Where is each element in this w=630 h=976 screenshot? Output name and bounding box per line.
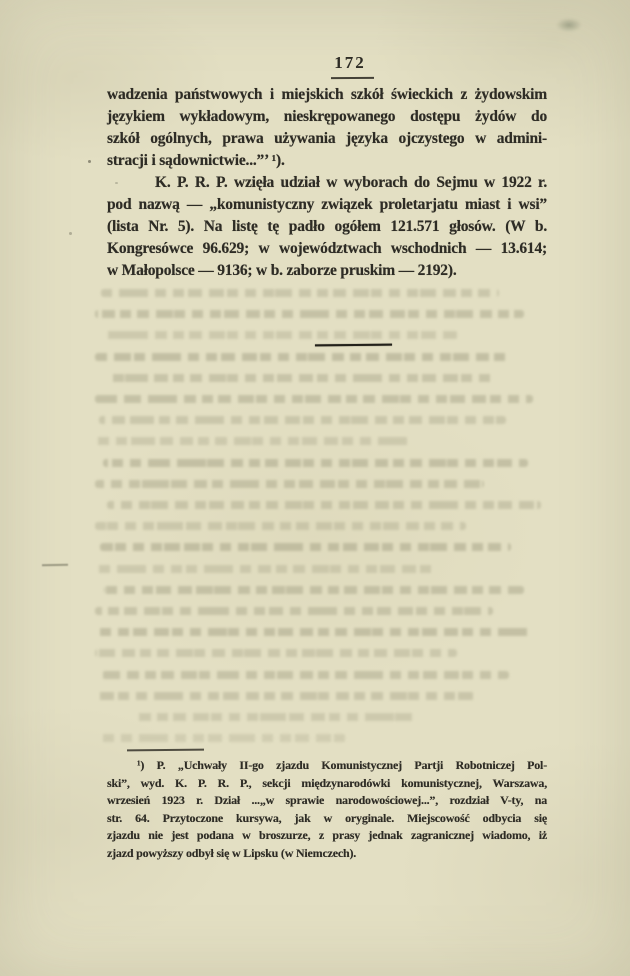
bleed-through-line xyxy=(109,374,493,382)
bleed-through-line xyxy=(95,692,475,700)
bleed-through-line xyxy=(95,310,524,318)
text-line: zjazd powyższy odbył się w Lipsku (w Nie… xyxy=(107,845,547,863)
bleed-through-line xyxy=(103,459,528,467)
page-number-underline xyxy=(331,77,374,79)
body-paragraph-2: K. P. R. P. wzięła udział w wyborach do … xyxy=(107,172,547,282)
text-line: stracji i sądownictwie...”’ ¹). xyxy=(107,150,547,172)
bleed-through-line xyxy=(135,713,415,721)
body-text: wadzenia państwowych i miejskich szkół ś… xyxy=(107,84,547,282)
section-divider-rule xyxy=(315,344,392,347)
text-line: Kongresówce 96.629; w województwach wsch… xyxy=(107,238,547,260)
footnote: ¹) P. „Uchwały II-go zjazdu Komunistyczn… xyxy=(107,757,547,862)
text-line: ski”, wyd. K. P. R. P., sekcji międzynar… xyxy=(107,775,547,793)
ink-speck xyxy=(88,160,91,163)
bleed-through-line xyxy=(95,353,511,361)
bleed-through-line xyxy=(107,501,541,509)
text-line: zjazdu nie jest podana w broszurze, z pr… xyxy=(107,827,547,845)
bleed-through-line xyxy=(104,586,524,594)
text-line: wrzesień 1923 r. Dział ...„w sprawie nar… xyxy=(107,792,547,810)
text-line: wadzenia państwowych i miejskich szkół ś… xyxy=(107,84,547,106)
pencil-mark xyxy=(42,564,68,566)
bleed-through-line xyxy=(101,289,499,297)
page-number: 172 xyxy=(322,53,378,73)
bleed-through-line xyxy=(102,671,509,679)
scanned-book-page: 172 wadzenia państwowych i miejskich szk… xyxy=(0,0,630,976)
bleed-through-line xyxy=(95,395,533,403)
text-line: w Małopolsce — 9136; w b. zaborze pruski… xyxy=(107,260,547,282)
bleed-through-text xyxy=(95,289,547,755)
bleed-through-line xyxy=(95,480,484,488)
text-line: językiem wykładowym, nieskrępowanego dos… xyxy=(107,106,547,128)
body-paragraph-1: wadzenia państwowych i miejskich szkół ś… xyxy=(107,84,547,172)
bleed-through-line xyxy=(95,607,493,615)
bleed-through-line xyxy=(95,522,466,530)
bleed-through-line xyxy=(100,543,511,551)
text-line: K. P. R. P. wzięła udział w wyborach do … xyxy=(107,172,547,194)
text-line: szkół ogólnych, prawa używania języka oj… xyxy=(107,128,547,150)
corner-smudge xyxy=(556,18,582,32)
bleed-through-line xyxy=(99,416,506,424)
text-line: ¹) P. „Uchwały II-go zjazdu Komunistyczn… xyxy=(107,757,547,775)
ink-speck xyxy=(69,232,72,235)
text-line: pod nazwą — „komunistyczny związek prole… xyxy=(107,194,547,216)
text-line: (lista Nr. 5). Na listę tę padło ogółem … xyxy=(107,216,547,238)
bleed-through-line xyxy=(98,628,532,636)
bleed-through-line xyxy=(97,734,346,742)
bleed-through-line xyxy=(105,331,458,339)
bleed-through-line xyxy=(95,649,457,657)
ink-speck xyxy=(115,182,118,184)
text-line: str. 64. Przytoczone kursywa, jak w oryg… xyxy=(107,810,547,828)
footnote-separator-rule xyxy=(127,749,204,752)
bleed-through-line xyxy=(95,437,411,445)
bleed-through-line xyxy=(95,565,434,573)
